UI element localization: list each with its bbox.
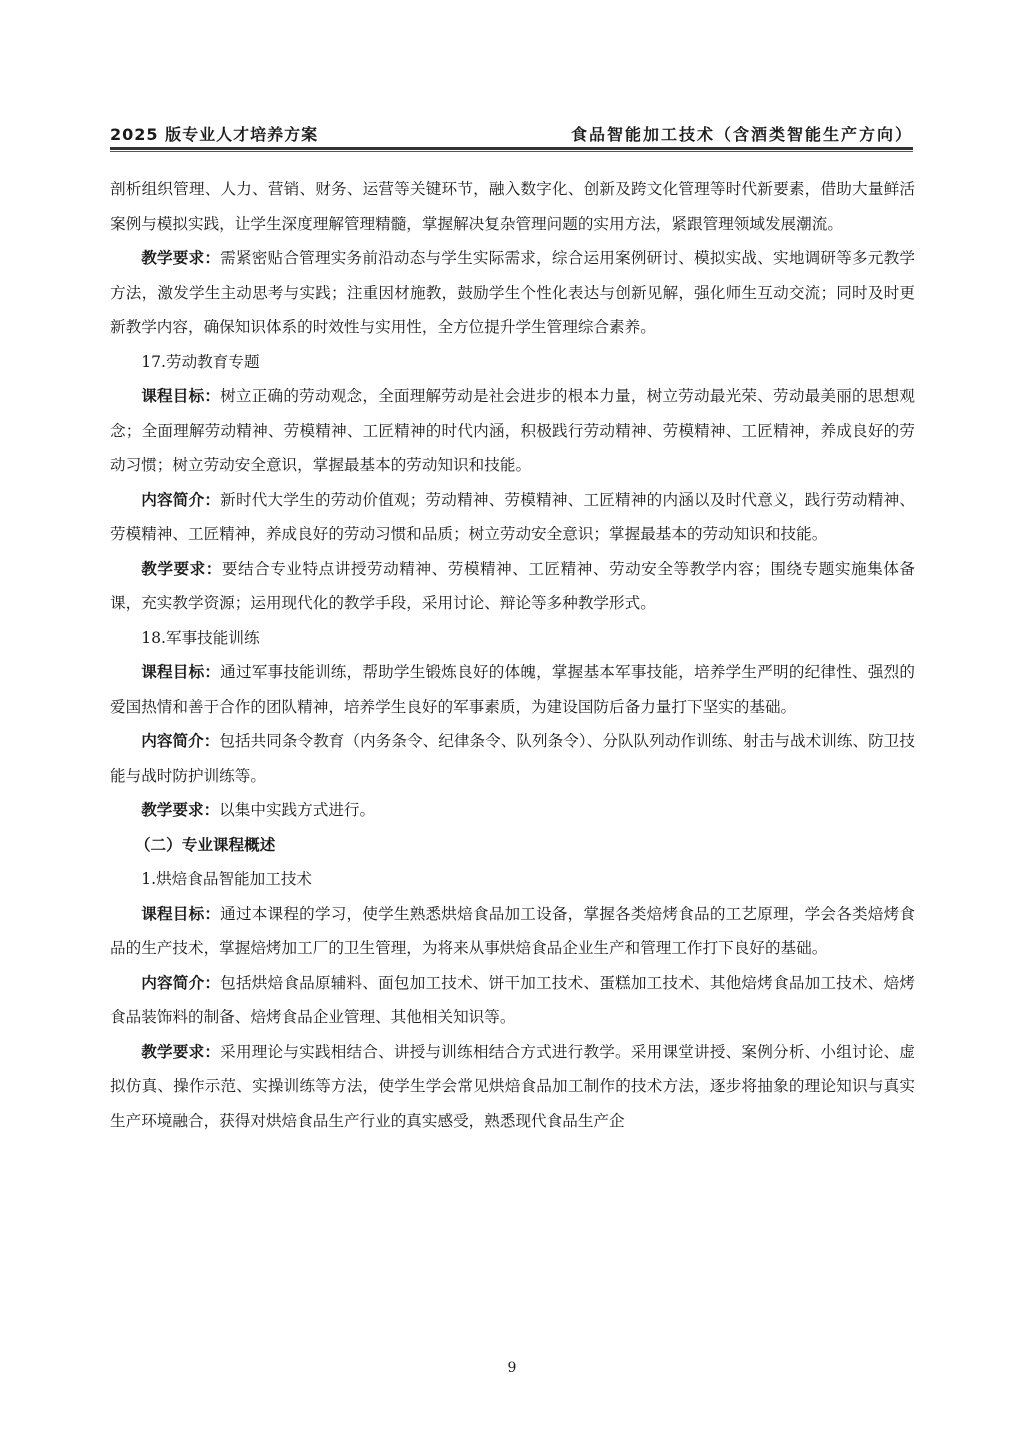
paragraph: 内容简介：包括共同条令教育（内务条令、纪律条令、队列条令）、分队队列动作训练、射… xyxy=(110,724,915,793)
header-left-title: 2025 版专业人才培养方案 xyxy=(110,122,318,145)
paragraph-text: 以集中实践方式进行。 xyxy=(219,801,375,819)
paragraph: 内容简介：包括烘焙食品原辅料、面包加工技术、饼干加工技术、蛋糕加工技术、其他焙烤… xyxy=(110,966,915,1035)
paragraph-label: 内容简介： xyxy=(141,491,220,509)
paragraph-text: 采用理论与实践相结合、讲授与训练相结合方式进行教学。采用课堂讲授、案例分析、小组… xyxy=(110,1043,915,1130)
paragraph: 剖析组织管理、人力、营销、财务、运营等关键环节，融入数字化、创新及跨文化管理等时… xyxy=(110,172,915,241)
course-heading: 1.烘焙食品智能加工技术 xyxy=(110,862,915,897)
header-right-title: 食品智能加工技术（含酒类智能生产方向） xyxy=(571,122,913,145)
paragraph: 教学要求：要结合专业特点讲授劳动精神、劳模精神、工匠精神、劳动安全等教学内容；围… xyxy=(110,552,915,621)
paragraph-text: 需紧密贴合管理实务前沿动态与学生实际需求，综合运用案例研讨、模拟实战、实地调研等… xyxy=(110,249,915,336)
paragraph-label: 内容简介： xyxy=(141,974,220,992)
paragraph: 教学要求：以集中实践方式进行。 xyxy=(110,793,915,828)
paragraph-text: 包括共同条令教育（内务条令、纪律条令、队列条令）、分队队列动作训练、射击与战术训… xyxy=(110,732,915,785)
paragraph-text: 通过本课程的学习，使学生熟悉烘焙食品加工设备，掌握各类焙烤食品的工艺原理，学会各… xyxy=(110,905,915,958)
paragraph-label: 课程目标： xyxy=(141,387,220,405)
section-heading: （二）专业课程概述 xyxy=(110,828,915,863)
paragraph: 内容简介：新时代大学生的劳动价值观；劳动精神、劳模精神、工匠精神的内涵以及时代意… xyxy=(110,483,915,552)
paragraph-label: 内容简介： xyxy=(141,732,219,750)
paragraph-label: 教学要求： xyxy=(141,1043,220,1061)
paragraph-text: 新时代大学生的劳动价值观；劳动精神、劳模精神、工匠精神的内涵以及时代意义，践行劳… xyxy=(110,491,915,544)
paragraph-text: 要结合专业特点讲授劳动精神、劳模精神、工匠精神、劳动安全等教学内容；围绕专题实施… xyxy=(110,560,915,613)
paragraph-label: 课程目标： xyxy=(141,905,220,923)
paragraph: 课程目标：树立正确的劳动观念，全面理解劳动是社会进步的根本力量，树立劳动最光荣、… xyxy=(110,379,915,483)
paragraph: 课程目标：通过军事技能训练，帮助学生锻炼良好的体魄，掌握基本军事技能，培养学生严… xyxy=(110,655,915,724)
paragraph: 教学要求：采用理论与实践相结合、讲授与训练相结合方式进行教学。采用课堂讲授、案例… xyxy=(110,1035,915,1139)
course-heading: 17.劳动教育专题 xyxy=(110,345,915,380)
paragraph-text: 通过军事技能训练，帮助学生锻炼良好的体魄，掌握基本军事技能，培养学生严明的纪律性… xyxy=(110,663,915,716)
paragraph-label: 教学要求： xyxy=(141,560,222,578)
page-header: 2025 版专业人才培养方案 食品智能加工技术（含酒类智能生产方向） xyxy=(110,122,913,144)
paragraph-text: 包括烘焙食品原辅料、面包加工技术、饼干加工技术、蛋糕加工技术、其他焙烤食品加工技… xyxy=(110,974,915,1027)
document-body: 剖析组织管理、人力、营销、财务、运营等关键环节，融入数字化、创新及跨文化管理等时… xyxy=(110,172,915,1138)
page-number: 9 xyxy=(0,1360,1024,1376)
paragraph-label: 课程目标： xyxy=(141,663,220,681)
paragraph: 课程目标：通过本课程的学习，使学生熟悉烘焙食品加工设备，掌握各类焙烤食品的工艺原… xyxy=(110,897,915,966)
header-divider xyxy=(110,147,913,152)
course-heading: 18.军事技能训练 xyxy=(110,621,915,656)
paragraph-text: 树立正确的劳动观念，全面理解劳动是社会进步的根本力量，树立劳动最光荣、劳动最美丽… xyxy=(110,387,915,474)
paragraph-label: 教学要求： xyxy=(141,801,219,819)
paragraph: 教学要求：需紧密贴合管理实务前沿动态与学生实际需求，综合运用案例研讨、模拟实战、… xyxy=(110,241,915,345)
paragraph-label: 教学要求： xyxy=(141,249,220,267)
